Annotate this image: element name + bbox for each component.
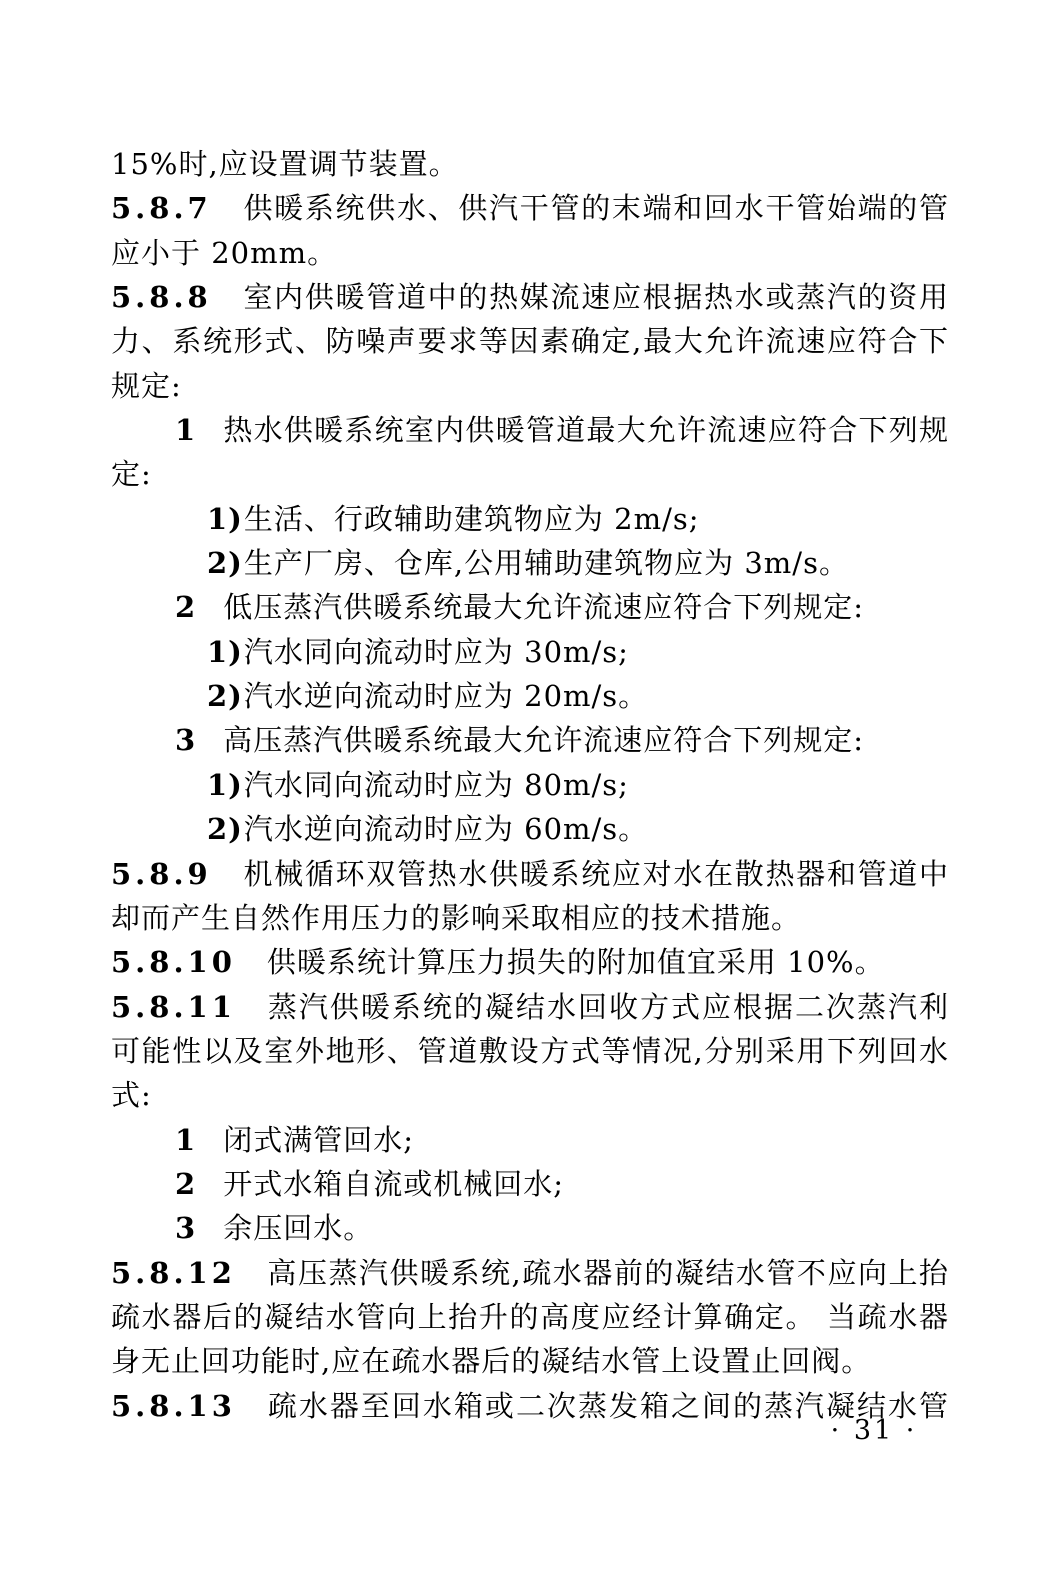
sub-item-number: 2)	[207, 546, 243, 580]
text-line: 1热水供暖系统室内供暖管道最大允许流速应符合下列规	[111, 408, 949, 452]
text-line: 5.8.8室内供暖管道中的热媒流速应根据热水或蒸汽的资用压	[111, 275, 949, 319]
text-line: 2)汽水逆向流动时应为 20m/s。	[111, 674, 949, 718]
clause-number: 5.8.7	[111, 191, 212, 225]
line-text: 生活、行政辅助建筑物应为 2m/s;	[244, 502, 700, 536]
text-line: 力、系统形式、防噪声要求等因素确定,最大允许流速应符合下列	[111, 319, 949, 363]
text-line: 3高压蒸汽供暖系统最大允许流速应符合下列规定:	[111, 718, 949, 762]
text-line: 15%时,应设置调节装置。	[111, 142, 949, 186]
text-line: 规定:	[111, 364, 949, 408]
text-line: 3余压回水。	[111, 1206, 949, 1250]
document-page: 15%时,应设置调节装置。 5.8.7供暖系统供水、供汽干管的末端和回水干管始端…	[0, 0, 1056, 1586]
line-text: 热水供暖系统室内供暖管道最大允许流速应符合下列规	[223, 413, 949, 447]
line-text: 开式水箱自流或机械回水;	[223, 1167, 564, 1201]
text-line: 身无止回功能时,应在疏水器后的凝结水管上设置止回阀。	[111, 1339, 949, 1383]
line-text: 蒸汽供暖系统的凝结水回收方式应根据二次蒸汽利用的	[111, 990, 949, 1029]
line-text: 供暖系统计算压力损失的附加值宜采用 10%。	[267, 945, 885, 979]
list-item-number: 2	[175, 1167, 196, 1201]
text-line: 2开式水箱自流或机械回水;	[111, 1162, 949, 1206]
text-line: 疏水器后的凝结水管向上抬升的高度应经计算确定。 当疏水器本	[111, 1295, 949, 1339]
line-text: 应小于 20mm。	[111, 236, 337, 270]
text-line: 1)汽水同向流动时应为 30m/s;	[111, 630, 949, 674]
list-item-number: 1	[175, 413, 196, 447]
line-text: 生产厂房、仓库,公用辅助建筑物应为 3m/s。	[244, 546, 849, 580]
text-line: 1)生活、行政辅助建筑物应为 2m/s;	[111, 497, 949, 541]
text-block: 15%时,应设置调节装置。 5.8.7供暖系统供水、供汽干管的末端和回水干管始端…	[111, 142, 949, 1428]
line-text: 规定:	[111, 369, 182, 403]
list-item-number: 2	[175, 590, 196, 624]
text-line: 5.8.10供暖系统计算压力损失的附加值宜采用 10%。	[111, 940, 949, 984]
list-item-number: 3	[175, 1211, 196, 1245]
line-text: 室内供暖管道中的热媒流速应根据热水或蒸汽的资用压	[111, 280, 949, 319]
line-text: 可能性以及室外地形、管道敷设方式等情况,分别采用下列回水方	[111, 1034, 949, 1073]
text-line: 1闭式满管回水;	[111, 1118, 949, 1162]
sub-item-number: 2)	[207, 679, 243, 713]
sub-item-number: 2)	[207, 812, 243, 846]
line-text: 机械循环双管热水供暖系统应对水在散热器和管道中冷	[111, 857, 949, 896]
line-text: 定:	[111, 457, 152, 491]
text-line: 2)生产厂房、仓库,公用辅助建筑物应为 3m/s。	[111, 541, 949, 585]
sub-item-number: 1)	[207, 768, 243, 802]
text-line: 2低压蒸汽供暖系统最大允许流速应符合下列规定:	[111, 585, 949, 629]
text-line: 2)汽水逆向流动时应为 60m/s。	[111, 807, 949, 851]
line-text: 疏水器后的凝结水管向上抬升的高度应经计算确定。 当疏水器本	[111, 1300, 949, 1339]
text-line: 定:	[111, 452, 949, 496]
clause-number: 5.8.13	[111, 1389, 236, 1423]
list-item-number: 3	[175, 723, 196, 757]
sub-item-number: 1)	[207, 502, 243, 536]
text-line: 5.8.12高压蒸汽供暖系统,疏水器前的凝结水管不应向上抬升;	[111, 1251, 949, 1295]
line-text: 式:	[111, 1078, 152, 1112]
line-text: 低压蒸汽供暖系统最大允许流速应符合下列规定:	[223, 590, 864, 624]
page-number: · 31 ·	[818, 1414, 930, 1448]
line-text: 汽水逆向流动时应为 60m/s。	[244, 812, 648, 846]
text-line: 5.8.11蒸汽供暖系统的凝结水回收方式应根据二次蒸汽利用的	[111, 985, 949, 1029]
clause-number: 5.8.8	[111, 280, 212, 314]
line-text: 汽水逆向流动时应为 20m/s。	[244, 679, 648, 713]
line-text: 身无止回功能时,应在疏水器后的凝结水管上设置止回阀。	[111, 1344, 871, 1378]
clause-number: 5.8.11	[111, 990, 236, 1024]
line-text: 汽水同向流动时应为 30m/s;	[244, 635, 629, 669]
text-line: 应小于 20mm。	[111, 231, 949, 275]
line-text: 汽水同向流动时应为 80m/s;	[244, 768, 629, 802]
line-text: 余压回水。	[223, 1211, 373, 1245]
clause-number: 5.8.12	[111, 1256, 236, 1290]
text-line: 式:	[111, 1073, 949, 1117]
text-line: 1)汽水同向流动时应为 80m/s;	[111, 763, 949, 807]
line-text: 供暖系统供水、供汽干管的末端和回水干管始端的管径不	[111, 191, 949, 230]
list-item-number: 1	[175, 1123, 196, 1157]
text-line: 却而产生自然作用压力的影响采取相应的技术措施。	[111, 896, 949, 940]
clause-number: 5.8.10	[111, 945, 236, 979]
line-text: 力、系统形式、防噪声要求等因素确定,最大允许流速应符合下列	[111, 324, 949, 363]
text-line: 可能性以及室外地形、管道敷设方式等情况,分别采用下列回水方	[111, 1029, 949, 1073]
line-text: 闭式满管回水;	[223, 1123, 414, 1157]
line-text: 高压蒸汽供暖系统最大允许流速应符合下列规定:	[223, 723, 864, 757]
line-text: 高压蒸汽供暖系统,疏水器前的凝结水管不应向上抬升;	[111, 1256, 949, 1295]
line-text: 却而产生自然作用压力的影响采取相应的技术措施。	[111, 901, 801, 935]
clause-number: 5.8.9	[111, 857, 212, 891]
sub-item-number: 1)	[207, 635, 243, 669]
text-line: 5.8.7供暖系统供水、供汽干管的末端和回水干管始端的管径不	[111, 186, 949, 230]
line-text: 15%时,应设置调节装置。	[111, 147, 459, 181]
text-line: 5.8.9机械循环双管热水供暖系统应对水在散热器和管道中冷	[111, 852, 949, 896]
